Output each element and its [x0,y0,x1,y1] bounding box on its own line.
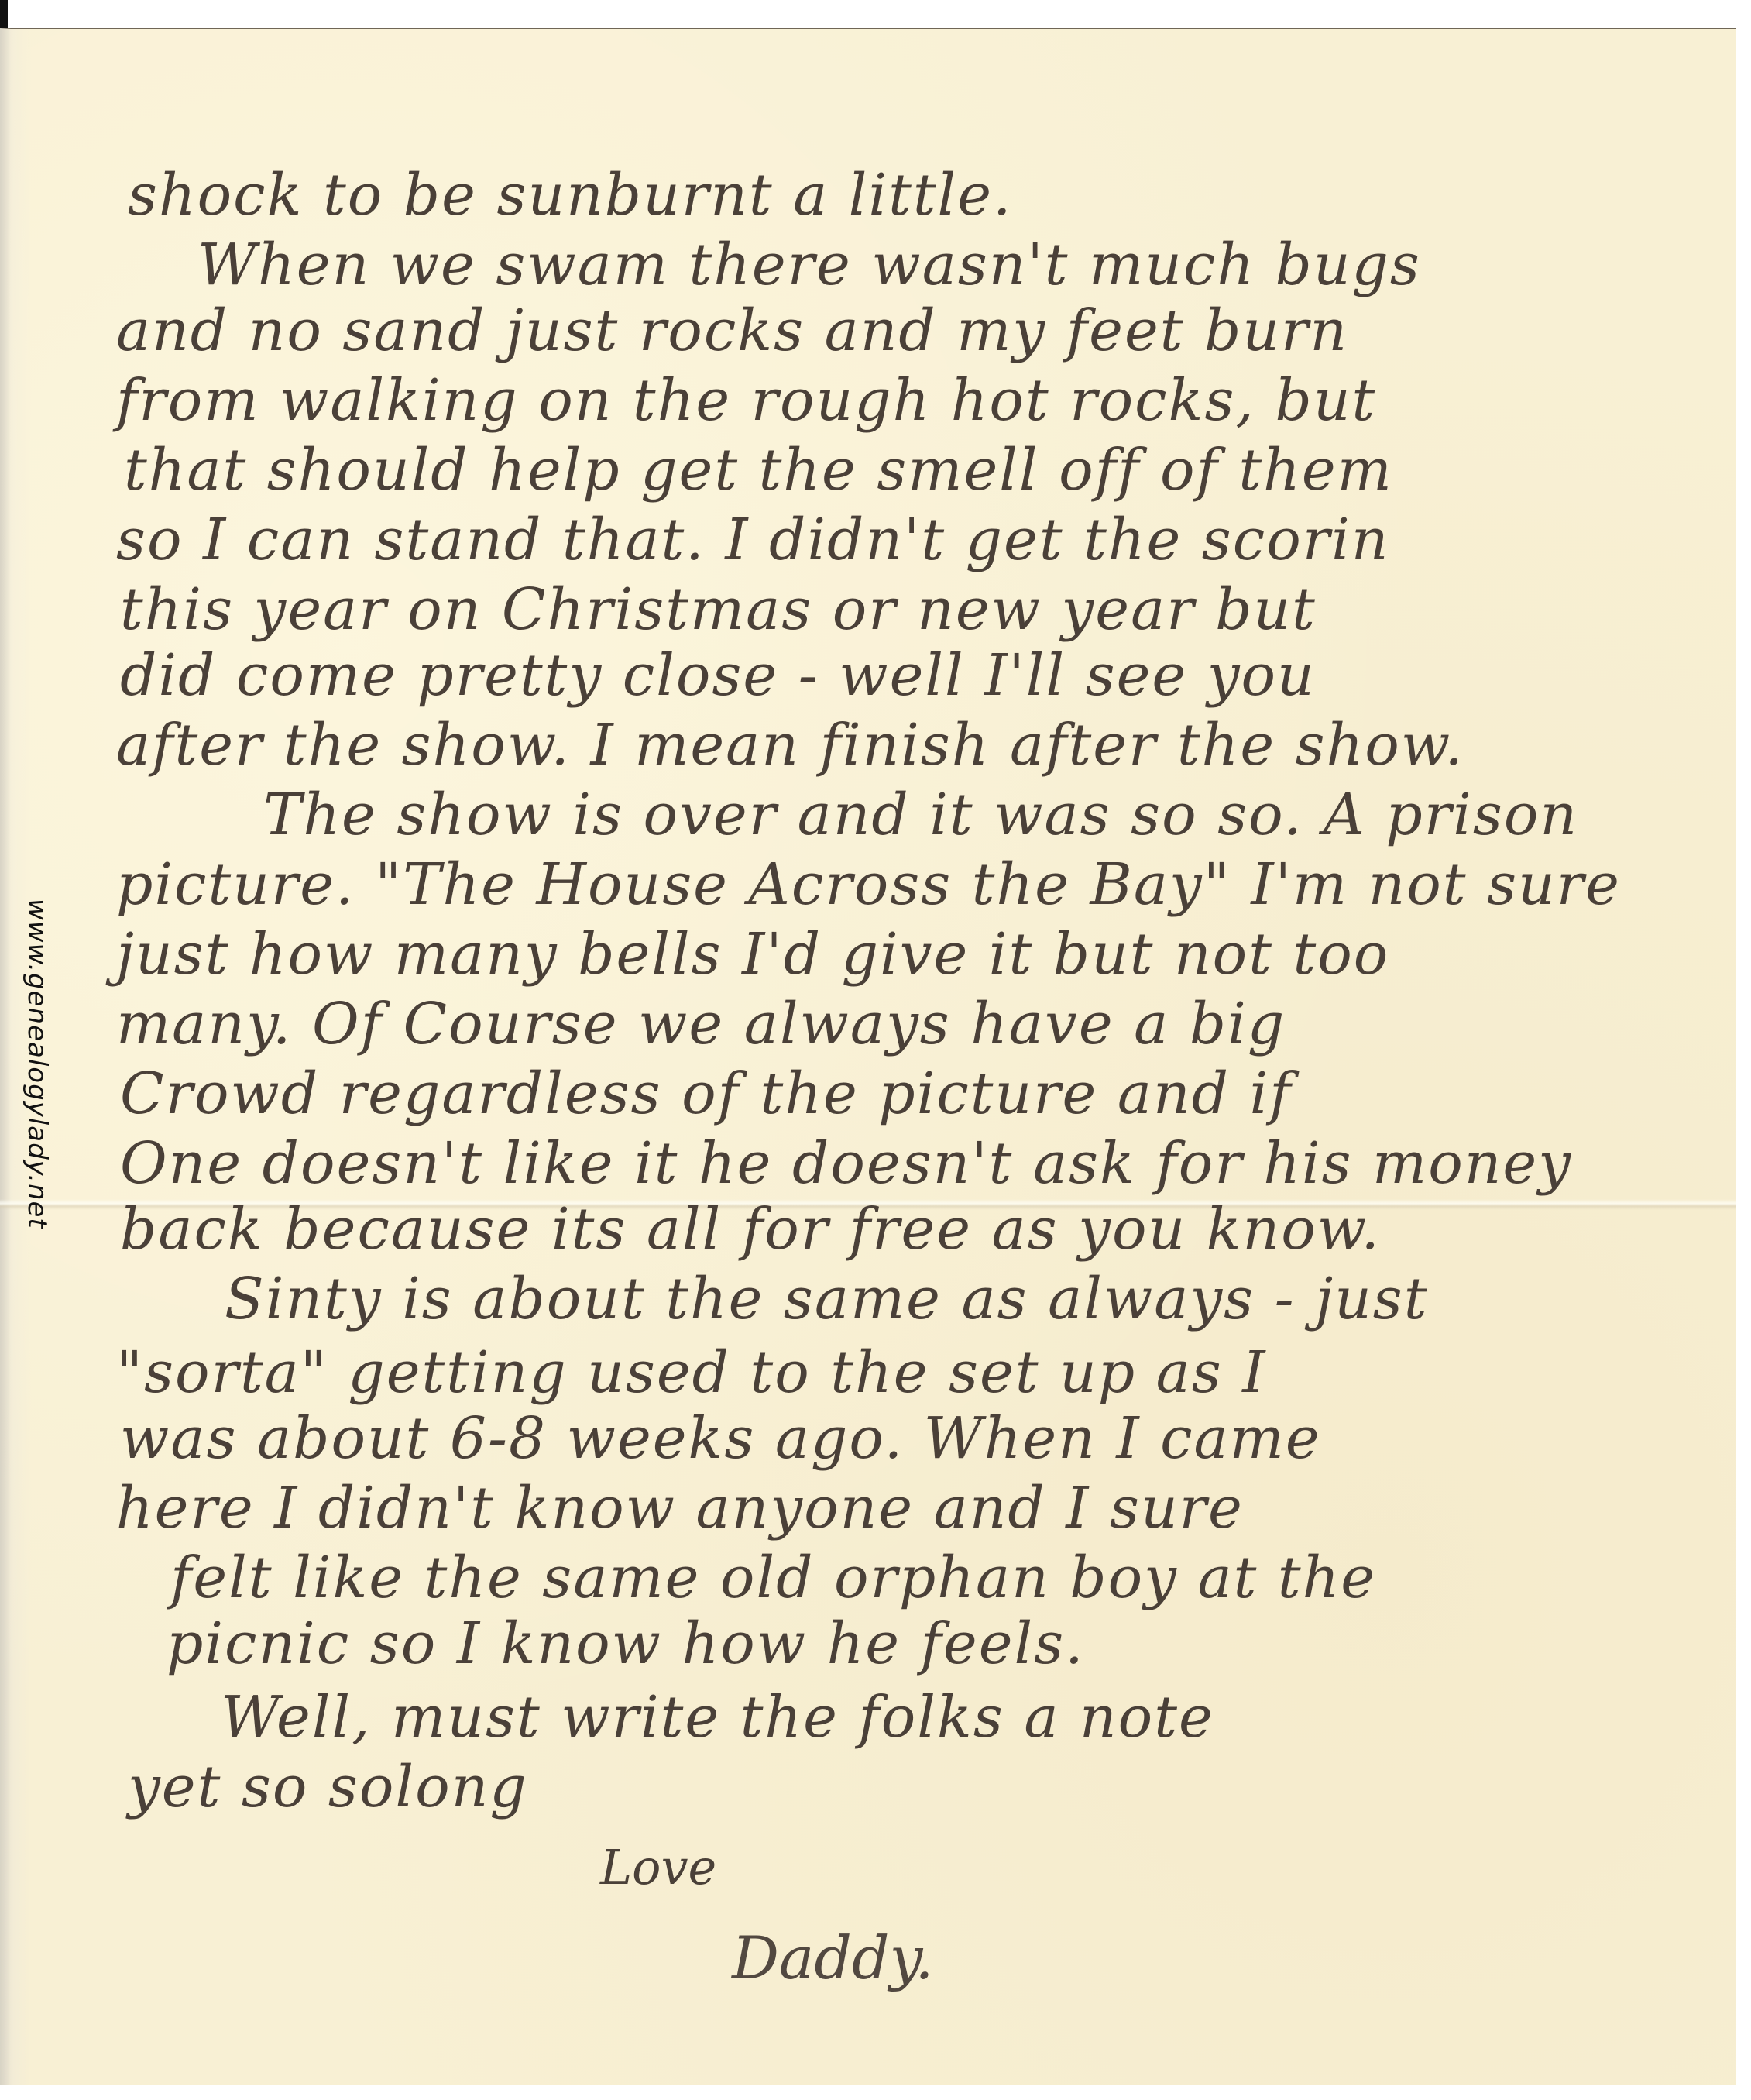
letter-line: many. Of Course we always have a big [116,995,1286,1053]
letter-signature: Daddy. [732,1929,934,1988]
letter-line: did come pretty close - well I'll see yo… [120,647,1316,704]
letter-closing: Love [600,1844,716,1892]
letter-line: picnic so I know how he feels. [167,1615,1085,1672]
letter-line: and no sand just rocks and my feet burn [116,302,1348,359]
letter-line: was about 6-8 weeks ago. When I came [120,1410,1321,1467]
letter-line: Crowd regardless of the picture and if [120,1065,1293,1122]
scan-edge-mark [0,0,8,28]
letter-line: "sorta" getting used to the set up as I [116,1344,1266,1401]
letter-line: shock to be sunburnt a little. [128,167,1013,224]
scan-top-margin [0,0,1751,28]
letter-line: just how many bells I'd give it but not … [116,926,1389,983]
letter-line: yet so solong [128,1758,528,1816]
letter-line: after the show. I mean finish after the … [116,717,1464,774]
letter-line: from walking on the rough hot rocks, but [116,372,1376,429]
letter-line: Well, must write the folks a note [221,1689,1214,1746]
letter-line: here I didn't know anyone and I sure [116,1480,1244,1537]
letter-line: picture. "The House Across the Bay" I'm … [116,856,1621,913]
letter-line: One doesn't like it he doesn't ask for h… [120,1135,1572,1192]
letter-line: The show is over and it was so so. A pri… [263,786,1578,844]
letter-line: back because its all for free as you kno… [120,1201,1381,1258]
letter-line: Sinty is about the same as always - just [225,1270,1429,1328]
letter-line: When we swam there wasn't much bugs [197,236,1421,294]
letter-line: felt like the same old orphan boy at the [170,1549,1376,1607]
letter-line: so I can stand that. I didn't get the sc… [116,511,1389,569]
letter-line: that should help get the smell off of th… [124,442,1393,499]
watermark: www.genealogylady.net [6,899,53,1208]
letter-line: this year on Christmas or new year but [120,581,1317,638]
